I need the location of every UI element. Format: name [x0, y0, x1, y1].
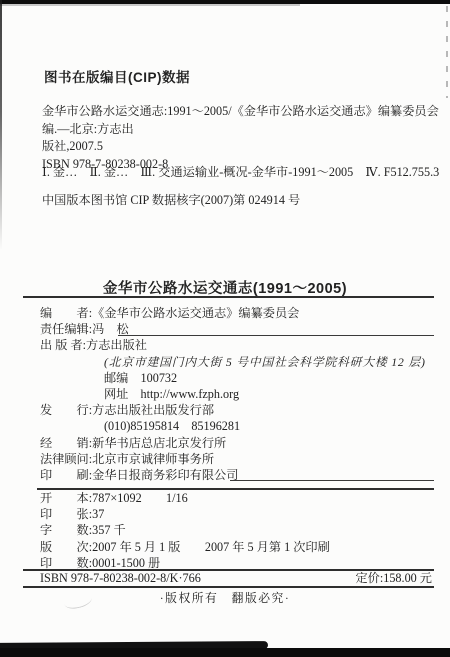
colophon-row-publisher-address: (北京市建国门内大街 5 号中国社会科学院科研大楼 12 层): [40, 354, 440, 370]
cip-registration: 中国版本图书馆 CIP 数据核字(2007)第 024914 号: [42, 191, 440, 208]
isbn-bottom-rule: [23, 586, 434, 588]
cip-record-line2: 版社,2007.5: [42, 138, 440, 156]
isbn-price-line: ISBN 978-7-80238-002-8/K·766 定价:158.00 元: [40, 572, 432, 585]
colophon-row-legal-counsel: 法律顾问: 北京市京诚律师事务所: [40, 451, 440, 467]
row-label: 责任编辑:: [40, 321, 92, 337]
scanned-copyright-page: 图书在版编目(CIP)数据 金华市公路水运交通志:1991～2005/《金华市公…: [0, 0, 450, 657]
row-label: 发 行:: [40, 402, 92, 418]
row-label: 编 者:: [40, 305, 92, 321]
row-value: 新华书店总店北京发行所: [92, 435, 226, 451]
row-value: 网址 http://www.fzph.org: [104, 386, 239, 402]
specs-section-rule: [37, 488, 434, 490]
row-label: 法律顾问:: [40, 451, 92, 467]
row-value: 金华日报商务彩印有限公司: [92, 467, 238, 483]
row-value: 《金华市公路水运交通志》编纂委员会: [92, 305, 299, 321]
row-label: 经 销:: [40, 435, 92, 451]
colophon-row-editor-committee: 编 者: 《金华市公路水运交通志》编纂委员会: [40, 305, 440, 321]
colophon-row-seller: 经 销: 新华书店总店北京发行所: [40, 435, 440, 451]
row-label: 开 本:: [40, 490, 92, 506]
cip-heading: 图书在版编目(CIP)数据: [44, 66, 190, 86]
colophon-row-phone: (010)85195814 85196281: [40, 418, 440, 434]
row-label: 印 张:: [40, 506, 92, 522]
row-value: 37: [92, 506, 104, 522]
editor-row-rule: [118, 335, 434, 336]
colophon-row-edition: 版 次: 2007 年 5 月 1 版 2007 年 5 月第 1 次印刷: [40, 539, 440, 555]
colophon-row-word-count: 字 数: 357 千: [40, 522, 440, 538]
title-rule: [23, 296, 434, 298]
scan-top-shadow: [0, 4, 300, 6]
book-title: 金华市公路水运交通志(1991～2005): [0, 277, 450, 298]
scan-bottom-bar: [0, 648, 450, 657]
price-text: 定价:158.00 元: [355, 572, 432, 585]
colophon-row-distributor: 发 行: 方志出版社出版发行部: [40, 402, 440, 418]
colophon-rows: 编 者: 《金华市公路水运交通志》编纂委员会 责任编辑: 冯 松 出 版 者: …: [40, 305, 440, 571]
cip-classification: Ⅰ. 金… Ⅱ. 金… Ⅲ. 交通运输业-概况-金华市-1991～2005 Ⅳ.…: [42, 163, 440, 180]
row-value: 方志出版社: [86, 337, 147, 353]
colophon-row-website: 网址 http://www.fzph.org: [40, 386, 440, 402]
row-value: (北京市建国门内大街 5 号中国社会科学院科研大楼 12 层): [104, 354, 426, 370]
colophon-row-sheets: 印 张: 37: [40, 506, 440, 522]
isbn-text: ISBN 978-7-80238-002-8/K·766: [40, 572, 201, 585]
row-value: 北京市京诚律师事务所: [92, 451, 214, 467]
row-value: (010)85195814 85196281: [104, 418, 240, 434]
row-value: 357 千: [92, 522, 126, 538]
row-value: 787×1092 1/16: [92, 490, 188, 506]
scan-left-edge: [0, 0, 2, 250]
colophon-row-postcode: 邮编 100732: [40, 370, 440, 386]
row-value: 方志出版社出版发行部: [92, 402, 214, 418]
row-label: 印 刷:: [40, 467, 92, 483]
scan-right-edge: [446, 6, 448, 98]
row-label: 字 数:: [40, 522, 92, 538]
row-value: 2007 年 5 月 1 版 2007 年 5 月第 1 次印刷: [92, 539, 330, 555]
row-value: 邮编 100732: [104, 370, 177, 386]
colophon-row-format: 开 本: 787×1092 1/16: [40, 490, 440, 506]
cip-record-line1: 金华市公路水运交通志:1991～2005/《金华市公路水运交通志》编纂委员会编.…: [42, 103, 440, 138]
printer-row-rule: [230, 480, 434, 481]
row-label: 版 次:: [40, 539, 92, 555]
colophon-row-publisher: 出 版 者: 方志出版社: [40, 337, 440, 353]
row-label: 出 版 者:: [40, 337, 86, 353]
